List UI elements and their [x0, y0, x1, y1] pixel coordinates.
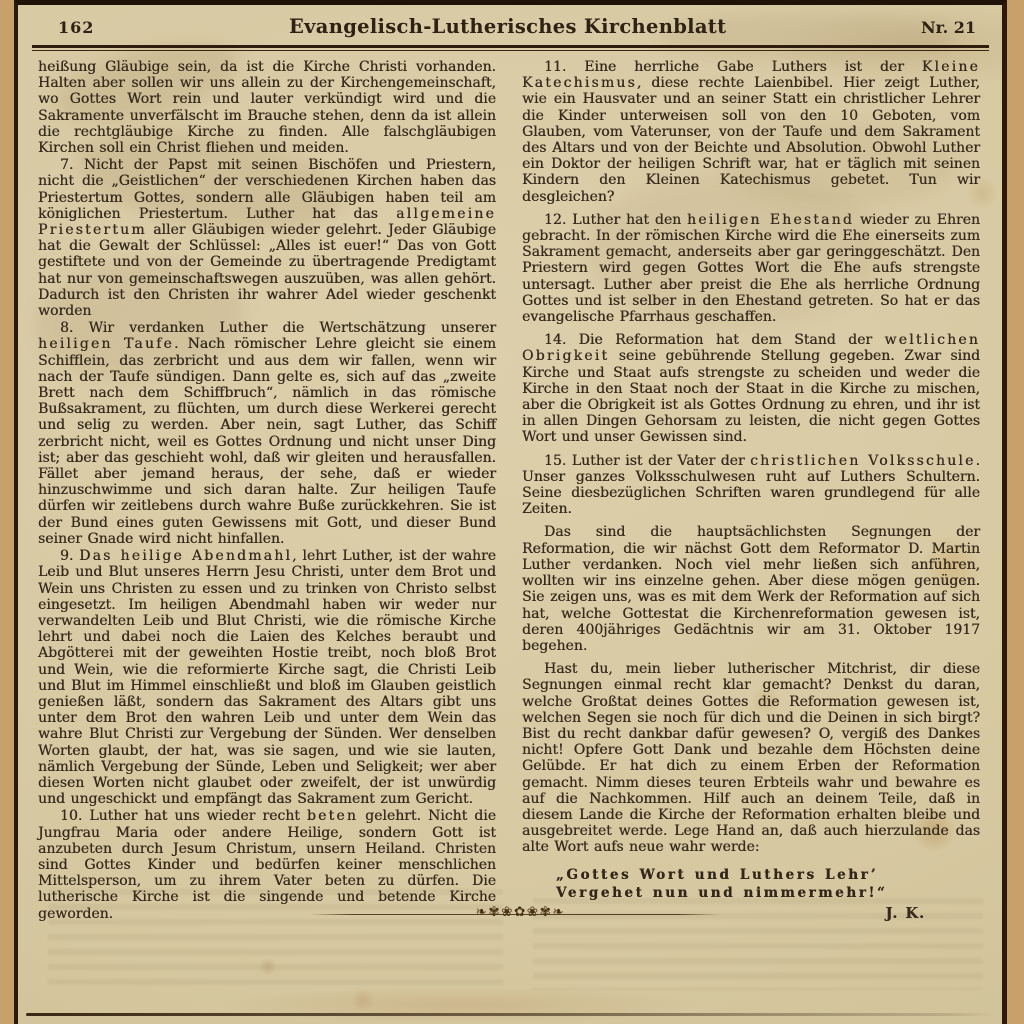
body-text: 15. Luther ist der Vater der — [544, 453, 750, 469]
page-header: 162 Evangelisch-Lutherisches Kirchenblat… — [18, 5, 1002, 38]
paragraph: 12. Luther hat den heiligen Ehestand wie… — [522, 212, 980, 325]
emphasized-text: beten — [307, 808, 358, 824]
quote-line: Vergehet nun und nimmermehr!“ — [556, 884, 980, 903]
floral-divider-ornament: ❧✾❀✿❀✾❧ — [310, 903, 720, 925]
paragraph: 11. Eine herrliche Gabe Luthers ist der … — [522, 59, 980, 205]
body-text: heißung Gläubige sein, da ist die Kirche… — [38, 59, 496, 156]
header-rule-thick — [32, 45, 989, 48]
emphasized-text: heiligen Ehestand — [687, 212, 854, 228]
body-text: 10. Luther hat uns wieder recht — [60, 808, 307, 824]
paragraph: Hast du, mein lieber lutherischer Mitchr… — [522, 661, 980, 855]
body-text: wieder zu Ehren gebracht. In der römisch… — [522, 212, 980, 325]
body-text: Das sind die hauptsächlichsten Segnungen… — [522, 524, 980, 653]
paragraph: 9. Das heilige Abendmahl, lehrt Luther, … — [38, 548, 496, 807]
body-text: . Nach römischer Lehre gleicht sie einem… — [38, 336, 496, 546]
quote-line: „Gottes Wort und Luthers Lehr’ — [556, 866, 980, 885]
body-text: 14. Die Reformation hat dem Stand der — [544, 332, 885, 348]
body-text: Hast du, mein lieber lutherischer Mitchr… — [522, 661, 980, 855]
paragraph: 8. Wir verdanken Luther die Wertschätzun… — [38, 320, 496, 547]
page-number: 162 — [58, 18, 94, 37]
paragraph: Das sind die hauptsächlichsten Segnungen… — [522, 524, 980, 654]
article-body: heißung Gläubige sein, da ist die Kirche… — [18, 51, 1002, 922]
body-text: 12. Luther hat den — [544, 212, 687, 228]
left-column: heißung Gläubige sein, da ist die Kirche… — [38, 59, 496, 922]
paragraph: 7. Nicht der Papst mit seinen Bischöfen … — [38, 157, 496, 319]
emphasized-text: Das heilige Abendmahl — [79, 548, 292, 564]
body-text: , lehrt Luther, ist der wahre Leib und B… — [38, 548, 496, 807]
floral-ornament-glyphs: ❧✾❀✿❀✾❧ — [476, 904, 566, 920]
right-column: 11. Eine herrliche Gabe Luthers ist der … — [522, 59, 980, 922]
body-text: 8. Wir verdanken Luther die Wertschätzun… — [60, 320, 496, 336]
emphasized-text: heiligen Taufe — [38, 336, 174, 352]
emphasized-text: christlichen Volksschule — [750, 453, 975, 469]
issue-number: Nr. 21 — [921, 18, 976, 37]
body-text: 11. Eine herrliche Gabe Luthers ist der — [544, 59, 922, 75]
body-text: , diese rechte Laienbibel. Hier zeigt Lu… — [522, 75, 980, 204]
paragraph: heißung Gläubige sein, da ist die Kirche… — [38, 59, 496, 156]
closing-quote: „Gottes Wort und Luthers Lehr’Vergehet n… — [556, 866, 980, 903]
body-text: 9. — [60, 548, 79, 564]
paragraph: 14. Die Reformation hat dem Stand der we… — [522, 332, 980, 445]
paragraph: 15. Luther ist der Vater der christliche… — [522, 453, 980, 518]
page-bottom-edge-line — [26, 1013, 994, 1016]
masthead-title: Evangelisch-Lutherisches Kirchenblatt — [94, 15, 921, 38]
scanned-page: 162 Evangelisch-Lutherisches Kirchenblat… — [14, 0, 1007, 1024]
